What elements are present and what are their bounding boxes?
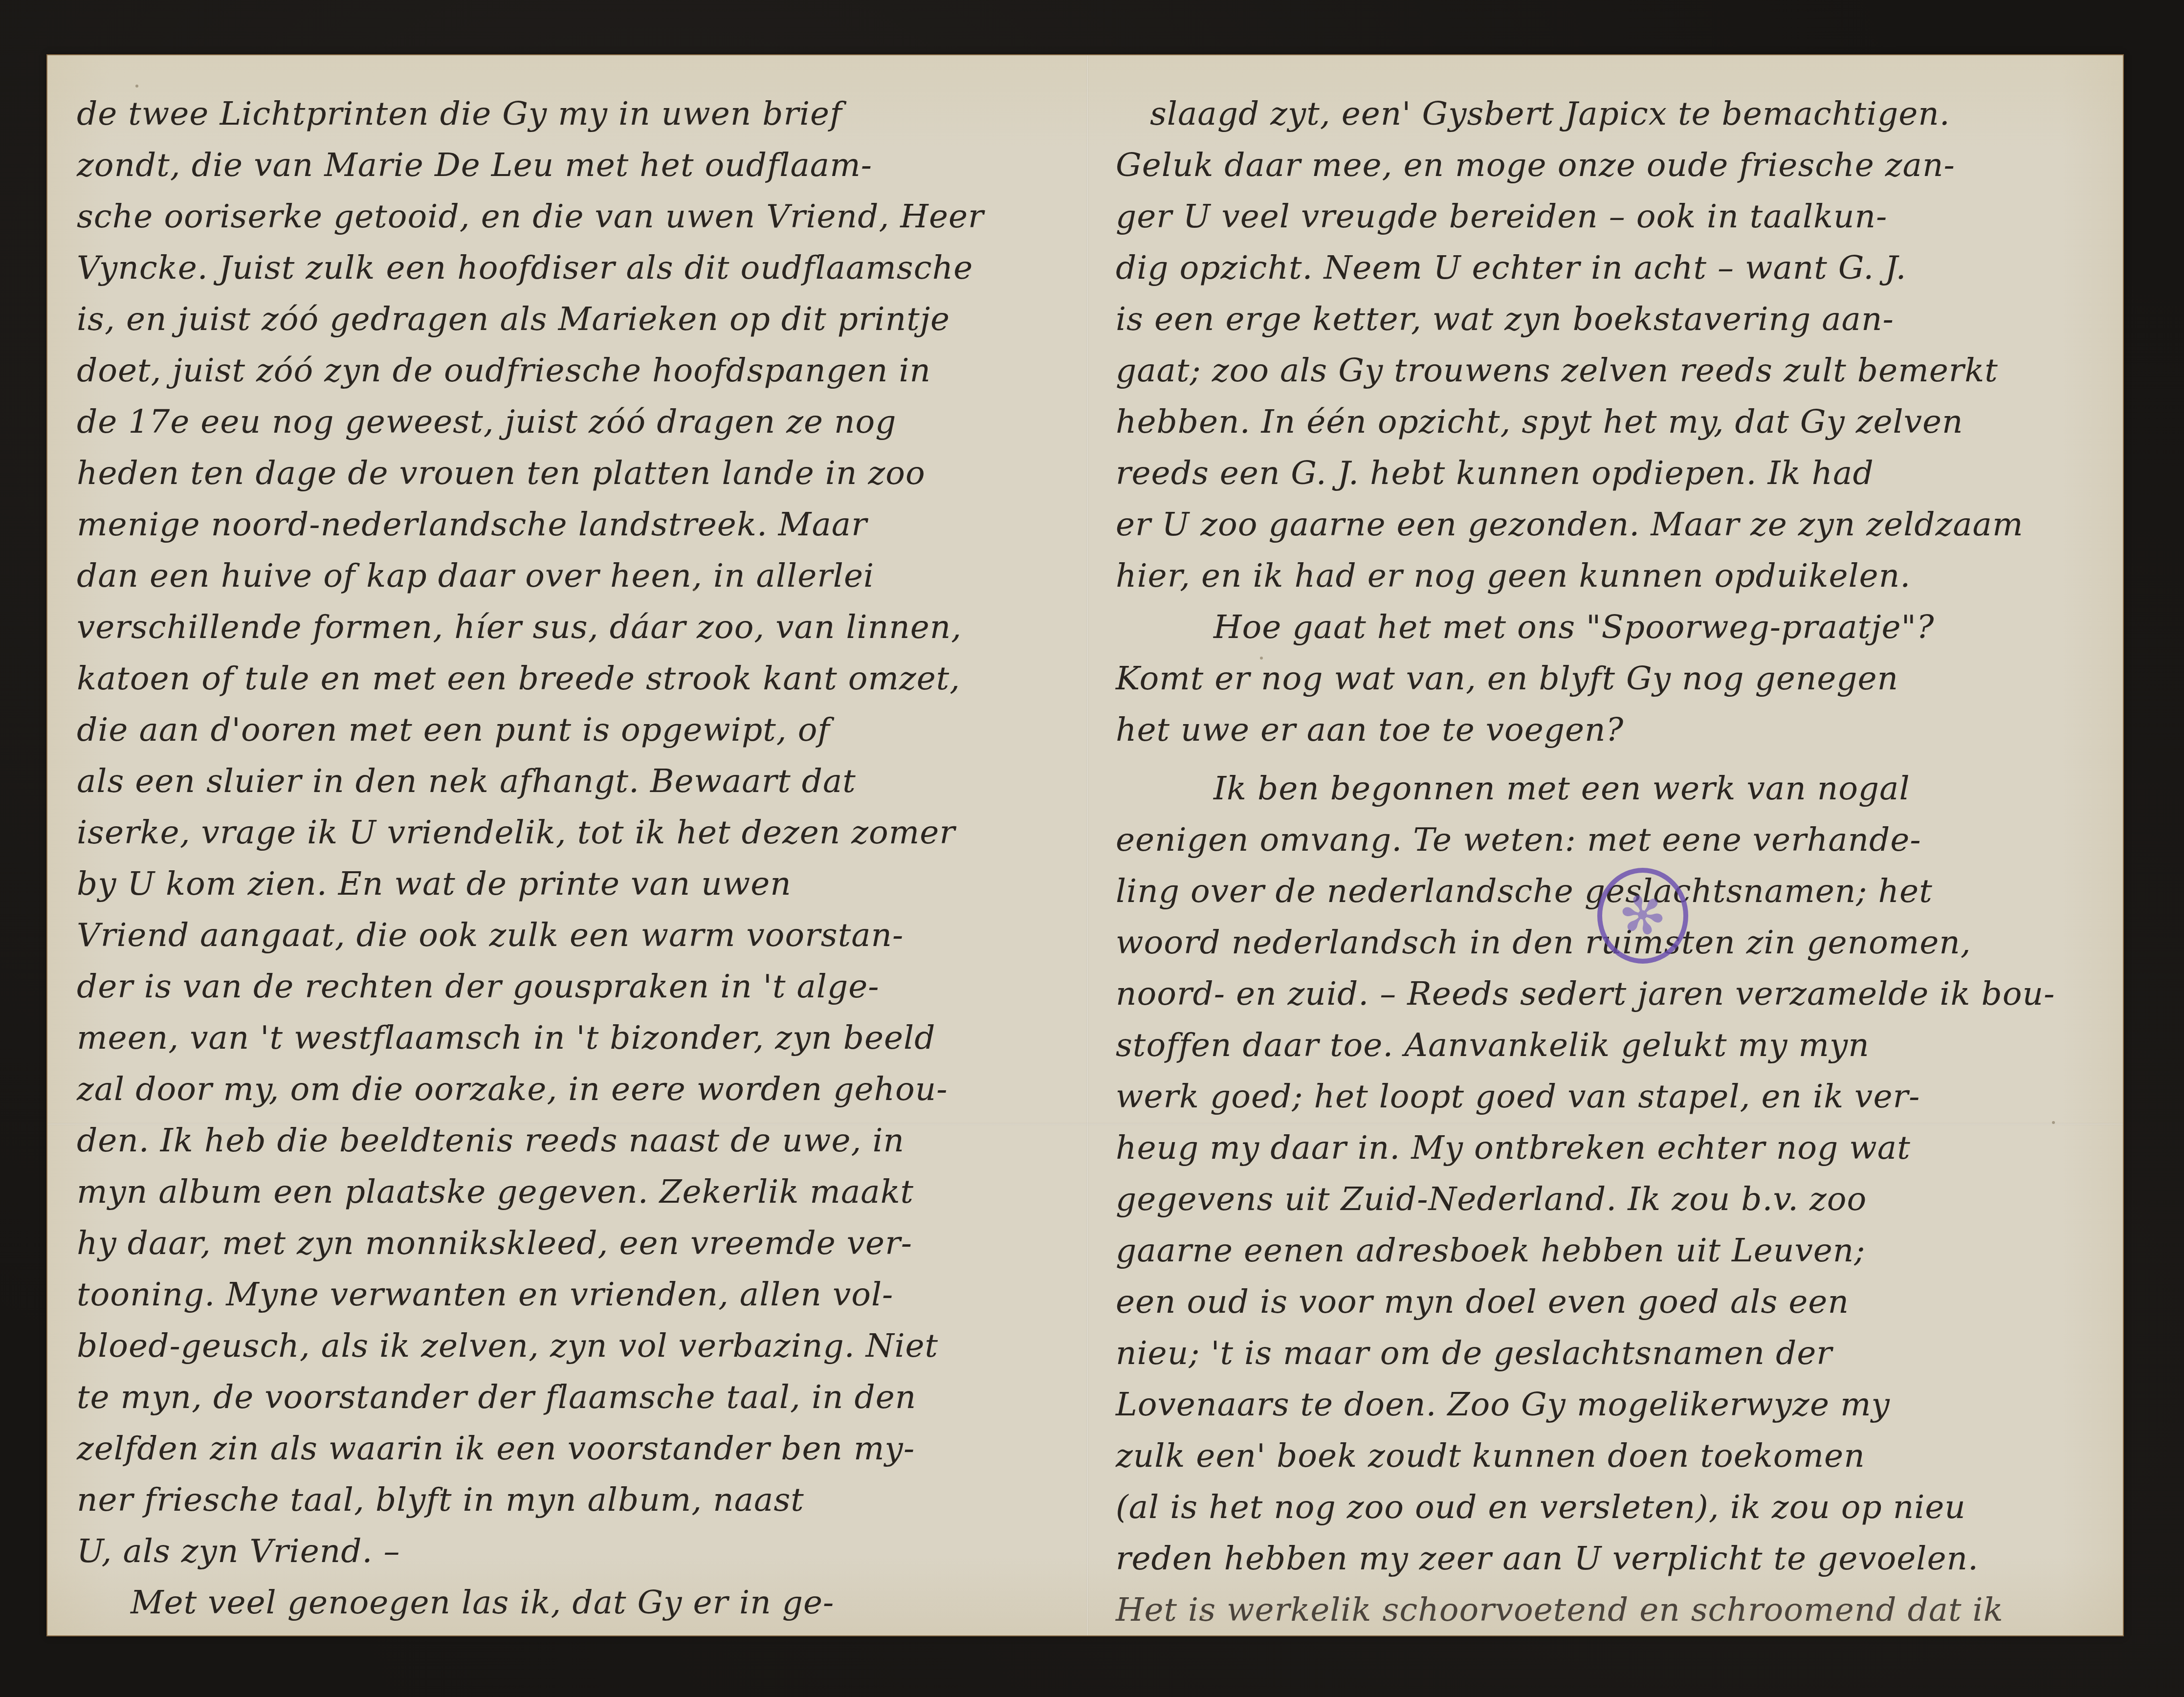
paper-speck [1201,1615,1204,1618]
left-line-25: bloed-geusch, als ik zelven, zyn vol ver… [77,1326,938,1366]
right-line-19: stoffen daar toe. Aanvankelik gelukt my … [1116,1026,1870,1065]
right-line-27: zulk een' boek zoudt kunnen doen toekome… [1116,1436,1865,1476]
right-line-6: gaat; zoo als Gy trouwens zelven reeds z… [1116,351,1998,390]
right-line-9: er U zoo gaarne een gezonden. Maar ze zy… [1116,505,2024,544]
right-line-10: hier, en ik had er nog geen kunnen opdui… [1116,556,1911,595]
left-line-18: der is van de rechten der gouspraken in … [77,967,880,1006]
left-line-2: zondt, die van Marie De Leu met het oudf… [77,146,872,185]
right-line-17: woord nederlandsch in den ruimsten zin g… [1116,923,1971,962]
left-line-1: de twee Lichtprinten die Gy my in uwen b… [77,94,842,133]
left-line-12: katoen of tule en met een breede strook … [77,659,960,698]
right-line-22: gegevens uit Zuid-Nederland. Ik zou b.v.… [1116,1180,1867,1219]
paper-speck [1260,657,1263,660]
right-line-12: Komt er nog wat van, en blyft Gy nog gen… [1116,659,1898,698]
right-line-14: Ik ben begonnen met een werk van nogal [1213,769,1910,808]
left-line-28: ner friesche taal, blyft in myn album, n… [77,1480,804,1520]
paper-speck [693,588,696,591]
right-line-15: eenigen omvang. Te weten: met eene verha… [1116,820,1921,860]
left-line-17: Vriend aangaat, die ook zulk een warm vo… [77,916,904,955]
left-line-30: Met veel genoegen las ik, dat Gy er in g… [131,1583,834,1622]
right-line-4: dig opzicht. Neem U echter in acht – wan… [1116,248,1906,287]
left-line-20: zal door my, om die oorzake, in eere wor… [77,1070,948,1109]
left-line-29: U, als zyn Vriend. – [77,1532,400,1571]
right-line-26: Lovenaars te doen. Zoo Gy mogelikerwyze … [1116,1385,1890,1424]
left-line-6: doet, juist zóó zyn de oudfriesche hoofd… [77,351,931,390]
right-line-25: nieu; 't is maar om de geslachtsnamen de… [1116,1334,1832,1373]
left-line-5: is, en juist zóó gedragen als Marieken o… [77,300,950,339]
right-line-23: gaarne eenen adresboek hebben uit Leuven… [1116,1231,1866,1270]
paper-speck [135,85,138,88]
ownership-stamp: ✻ [1597,868,1688,964]
left-line-9: menige noord-nederlandsche landstreek. M… [77,505,867,544]
right-line-5: is een erge ketter, wat zyn boekstaverin… [1116,300,1894,339]
right-line-7: hebben. In één opzicht, spyt het my, dat… [1116,402,1963,441]
left-line-8: heden ten dage de vrouen ten platten lan… [77,454,926,493]
right-line-18: noord- en zuid. – Reeds sedert jaren ver… [1116,974,2055,1014]
right-line-11: Hoe gaat het met ons "Spoorweg-praatje"? [1213,608,1934,647]
right-line-21: heug my daar in. My ontbreken echter nog… [1116,1128,1911,1168]
left-line-13: die aan d'ooren met een punt is opgewipt… [77,710,830,749]
right-line-24: een oud is voor myn doel even goed als e… [1116,1282,1849,1322]
right-line-3: ger U veel vreugde bereiden – ook in taa… [1116,197,1887,236]
left-line-24: tooning. Myne verwanten en vrienden, all… [77,1275,893,1314]
left-line-19: meen, van 't westflaamsch in 't bizonder… [77,1018,935,1058]
right-line-16: ling over de nederlandsche geslachtsname… [1116,872,1933,911]
left-line-11: verschillende formen, híer sus, dáar zoo… [77,608,962,647]
right-line-20: werk goed; het loopt goed van stapel, en… [1116,1077,1920,1116]
right-line-28: (al is het nog zoo oud en versleten), ik… [1116,1488,1966,1527]
right-line-29: reden hebben my zeer aan U verplicht te … [1116,1539,1979,1578]
right-line-2: Geluk daar mee, en moge onze oude friesc… [1116,146,1955,185]
left-line-22: myn album een plaatske gegeven. Zekerlik… [77,1172,914,1212]
left-line-27: zelfden zin als waarin ik een voorstande… [77,1429,915,1468]
left-line-4: Vyncke. Juist zulk een hoofdiser als dit… [77,248,973,287]
stamp-monogram-icon: ✻ [1613,883,1673,948]
left-line-10: dan een huive of kap daar over heen, in … [77,556,874,595]
right-line-1: slaagd zyt, een' Gysbert Japicx te bemac… [1150,94,1950,133]
left-line-21: den. Ik heb die beeldtenis reeds naast d… [77,1121,904,1160]
left-line-7: de 17e eeu nog geweest, juist zóó dragen… [77,402,897,441]
left-line-15: iserke, vrage ik U vriendelik, tot ik he… [77,813,955,852]
right-line-8: reeds een G. J. hebt kunnen opdiepen. Ik… [1116,454,1874,493]
left-line-23: hy daar, met zyn monnikskleed, een vreem… [77,1224,912,1263]
left-line-3: sche ooriserke getooid, en die van uwen … [77,197,984,236]
center-fold [1086,55,1088,1635]
letter-sheet: de twee Lichtprinten die Gy my in uwen b… [47,55,2123,1635]
left-line-16: by U kom zien. En wat de printe van uwen [77,864,792,904]
right-line-13: het uwe er aan toe te voegen? [1116,710,1624,749]
left-line-26: te myn, de voorstander der flaamsche taa… [77,1378,916,1417]
right-line-30: Het is werkelik schoorvoetend en schroom… [1116,1590,2004,1630]
left-line-14: als een sluier in den nek afhangt. Bewaa… [77,762,856,801]
paper-speck [2052,1121,2055,1124]
